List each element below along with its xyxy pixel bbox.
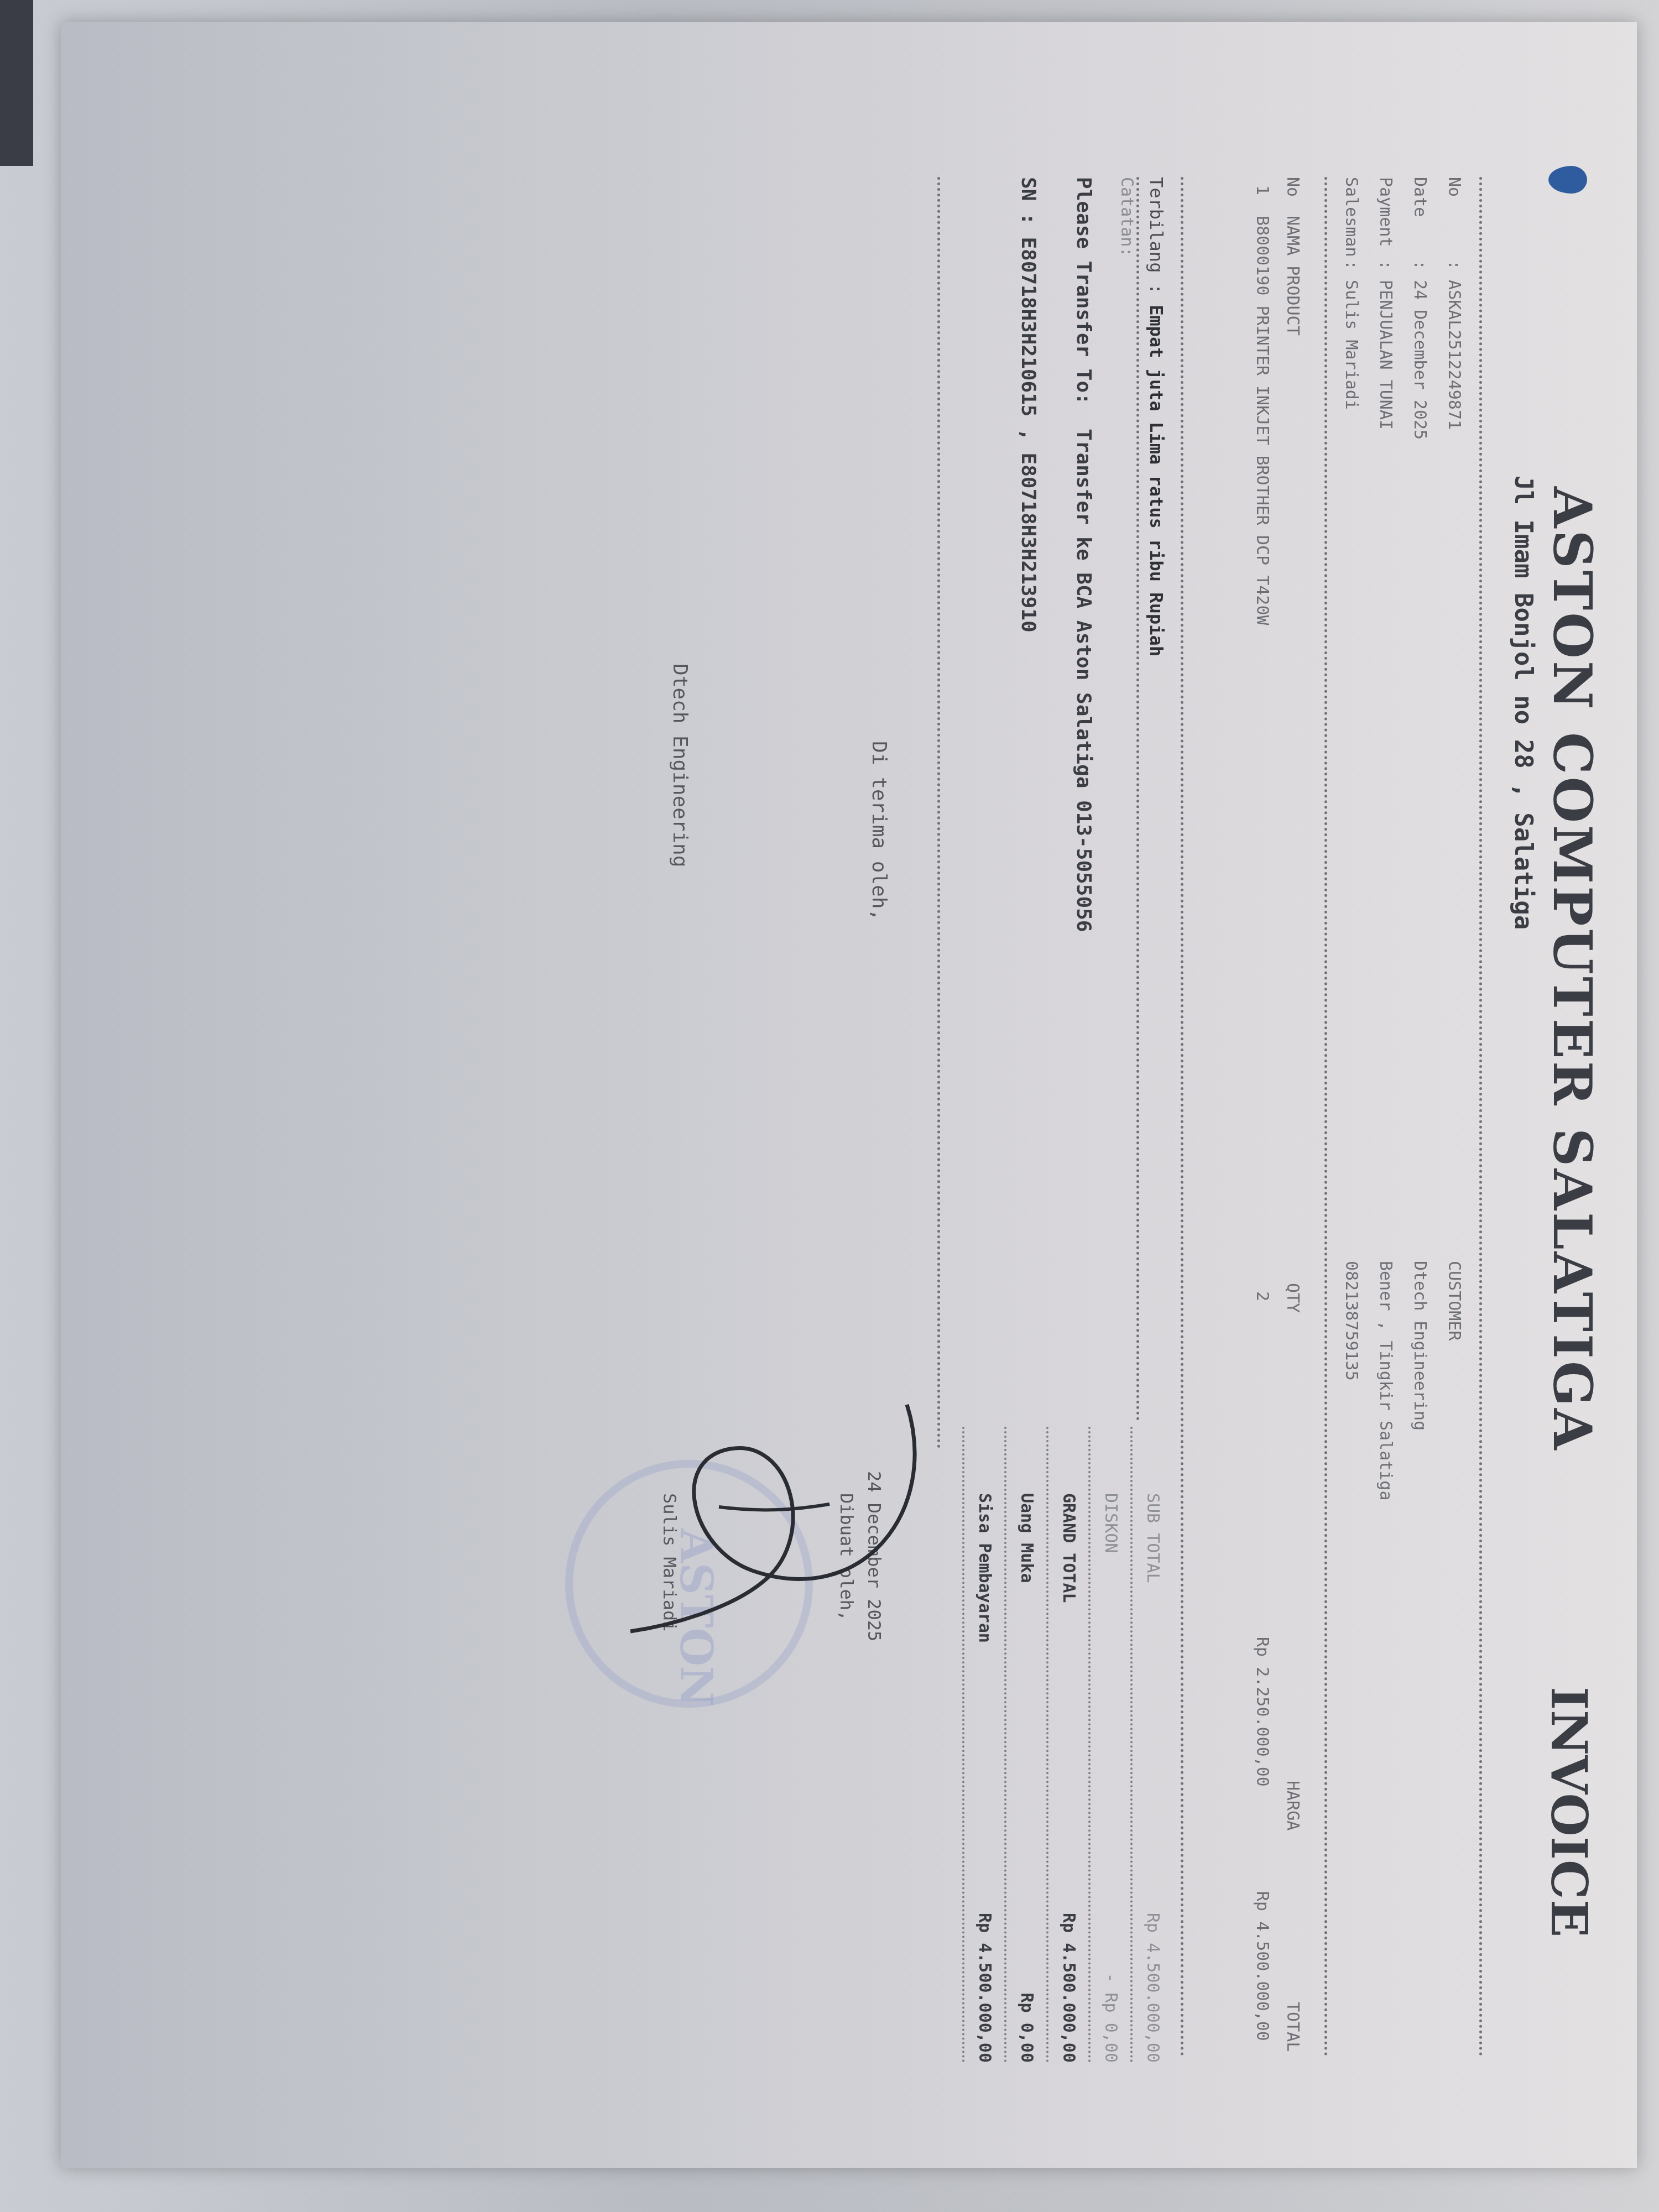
divider bbox=[1324, 177, 1327, 2057]
row-price: Rp 2.250.000,00 bbox=[1253, 1637, 1272, 1787]
transfer-label: Please Transfer To: bbox=[1072, 177, 1095, 405]
amount-in-words: Terbilang : Empat juta Lima ratus ribu R… bbox=[1146, 177, 1167, 656]
header-no: No bbox=[1283, 177, 1302, 197]
total-value: Rp 4.500.000,00 bbox=[1059, 1913, 1078, 2063]
customer-block: CUSTOMER Dtech Engineering Bener , Tingk… bbox=[1334, 1261, 1471, 1500]
row-no: 1 bbox=[1253, 185, 1272, 195]
sn-value: E80718H3H210615 , E80718H3H213910 bbox=[1017, 237, 1040, 632]
meta-salesman-value: : Sulis Mariadi bbox=[1342, 260, 1361, 410]
totals-block: SUB TOTALRp 4.500.000,00DISKON- Rp 0,00G… bbox=[962, 1427, 1172, 2063]
total-label: GRAND TOTAL bbox=[1059, 1493, 1078, 1603]
document-type: INVOICE bbox=[1540, 1687, 1598, 1937]
invoice-page: ASTON COMPUTER SALATIGA Jl Imam Bonjol n… bbox=[238, 55, 1620, 2157]
logo-icon bbox=[1543, 166, 1587, 199]
serial-numbers: SN : E80718H3H210615 , E80718H3H213910 bbox=[1017, 177, 1040, 633]
received-by-label: Di terima oleh, bbox=[868, 741, 890, 921]
header-product: NAMA PRODUCT bbox=[1283, 216, 1302, 336]
invoice-meta: No: ASKAL2512249871 Date: 24 December 20… bbox=[1334, 177, 1471, 440]
customer-address: Bener , Tingkir Salatiga bbox=[1368, 1261, 1402, 1500]
total-value: Rp 4.500.000,00 bbox=[1143, 1913, 1162, 2063]
total-label: Sisa Pembayaran bbox=[975, 1493, 994, 1643]
customer-phone: 082138759135 bbox=[1334, 1261, 1368, 1500]
meta-date-value: : 24 December 2025 bbox=[1410, 260, 1430, 440]
customer-name: Dtech Engineering bbox=[1402, 1261, 1437, 1500]
company-name: ASTON COMPUTER SALATIGA bbox=[1541, 487, 1604, 1452]
header-price: HARGA bbox=[1283, 1781, 1302, 1830]
total-row: DISKON- Rp 0,00 bbox=[1088, 1427, 1130, 2063]
total-label: DISKON bbox=[1101, 1493, 1120, 1553]
row-total: Rp 4.500.000,00 bbox=[1253, 1891, 1272, 2041]
meta-payment-label: Payment bbox=[1368, 177, 1402, 260]
invoice-paper: ASTON COMPUTER SALATIGA Jl Imam Bonjol n… bbox=[61, 22, 1637, 2168]
transfer-value: Transfer ke BCA Aston Salatiga 013-50550… bbox=[1072, 429, 1095, 932]
header-total: TOTAL bbox=[1283, 2002, 1302, 2052]
meta-salesman-label: Salesman bbox=[1334, 177, 1368, 260]
meta-no-value: : ASKAL2512249871 bbox=[1444, 260, 1464, 430]
total-row: GRAND TOTALRp 4.500.000,00 bbox=[1046, 1427, 1088, 2063]
transfer-info: Please Transfer To: Transfer ke BCA Asto… bbox=[1072, 177, 1095, 932]
customer-label: CUSTOMER bbox=[1437, 1261, 1471, 1500]
received-by-name: Dtech Engineering bbox=[669, 664, 691, 867]
notes-label: Catatan: bbox=[1117, 177, 1136, 257]
total-label: SUB TOTAL bbox=[1143, 1493, 1162, 1583]
sn-label: SN : bbox=[1017, 177, 1040, 225]
total-value: Rp 0,00 bbox=[1017, 1993, 1036, 2063]
total-row: SUB TOTALRp 4.500.000,00 bbox=[1130, 1427, 1172, 2063]
row-qty: 2 bbox=[1253, 1291, 1272, 1301]
company-address: Jl Imam Bonjol no 28 , Salatiga bbox=[1509, 476, 1537, 930]
terbilang-label: Terbilang : bbox=[1146, 177, 1167, 294]
divider bbox=[1479, 177, 1482, 2057]
header-qty: QTY bbox=[1283, 1283, 1302, 1313]
total-row: Sisa PembayaranRp 4.500.000,00 bbox=[962, 1427, 1004, 2063]
divider bbox=[937, 177, 940, 1449]
handwritten-signature bbox=[619, 1371, 929, 1648]
total-value: Rp 4.500.000,00 bbox=[975, 1913, 994, 2063]
photo-edge bbox=[0, 0, 33, 166]
total-value: - Rp 0,00 bbox=[1101, 1973, 1120, 2063]
divider bbox=[1181, 177, 1183, 2057]
row-product: B8000190 PRINTER INKJET BROTHER DCP T420… bbox=[1253, 216, 1272, 625]
divider bbox=[1136, 177, 1139, 1421]
meta-payment-value: : PENJUALAN TUNAI bbox=[1376, 260, 1395, 430]
meta-no-label: No bbox=[1437, 177, 1471, 260]
total-row: Uang MukaRp 0,00 bbox=[1004, 1427, 1046, 2063]
meta-date-label: Date bbox=[1402, 177, 1437, 260]
terbilang-value: Empat juta Lima ratus ribu Rupiah bbox=[1146, 305, 1167, 656]
total-label: Uang Muka bbox=[1017, 1493, 1036, 1583]
